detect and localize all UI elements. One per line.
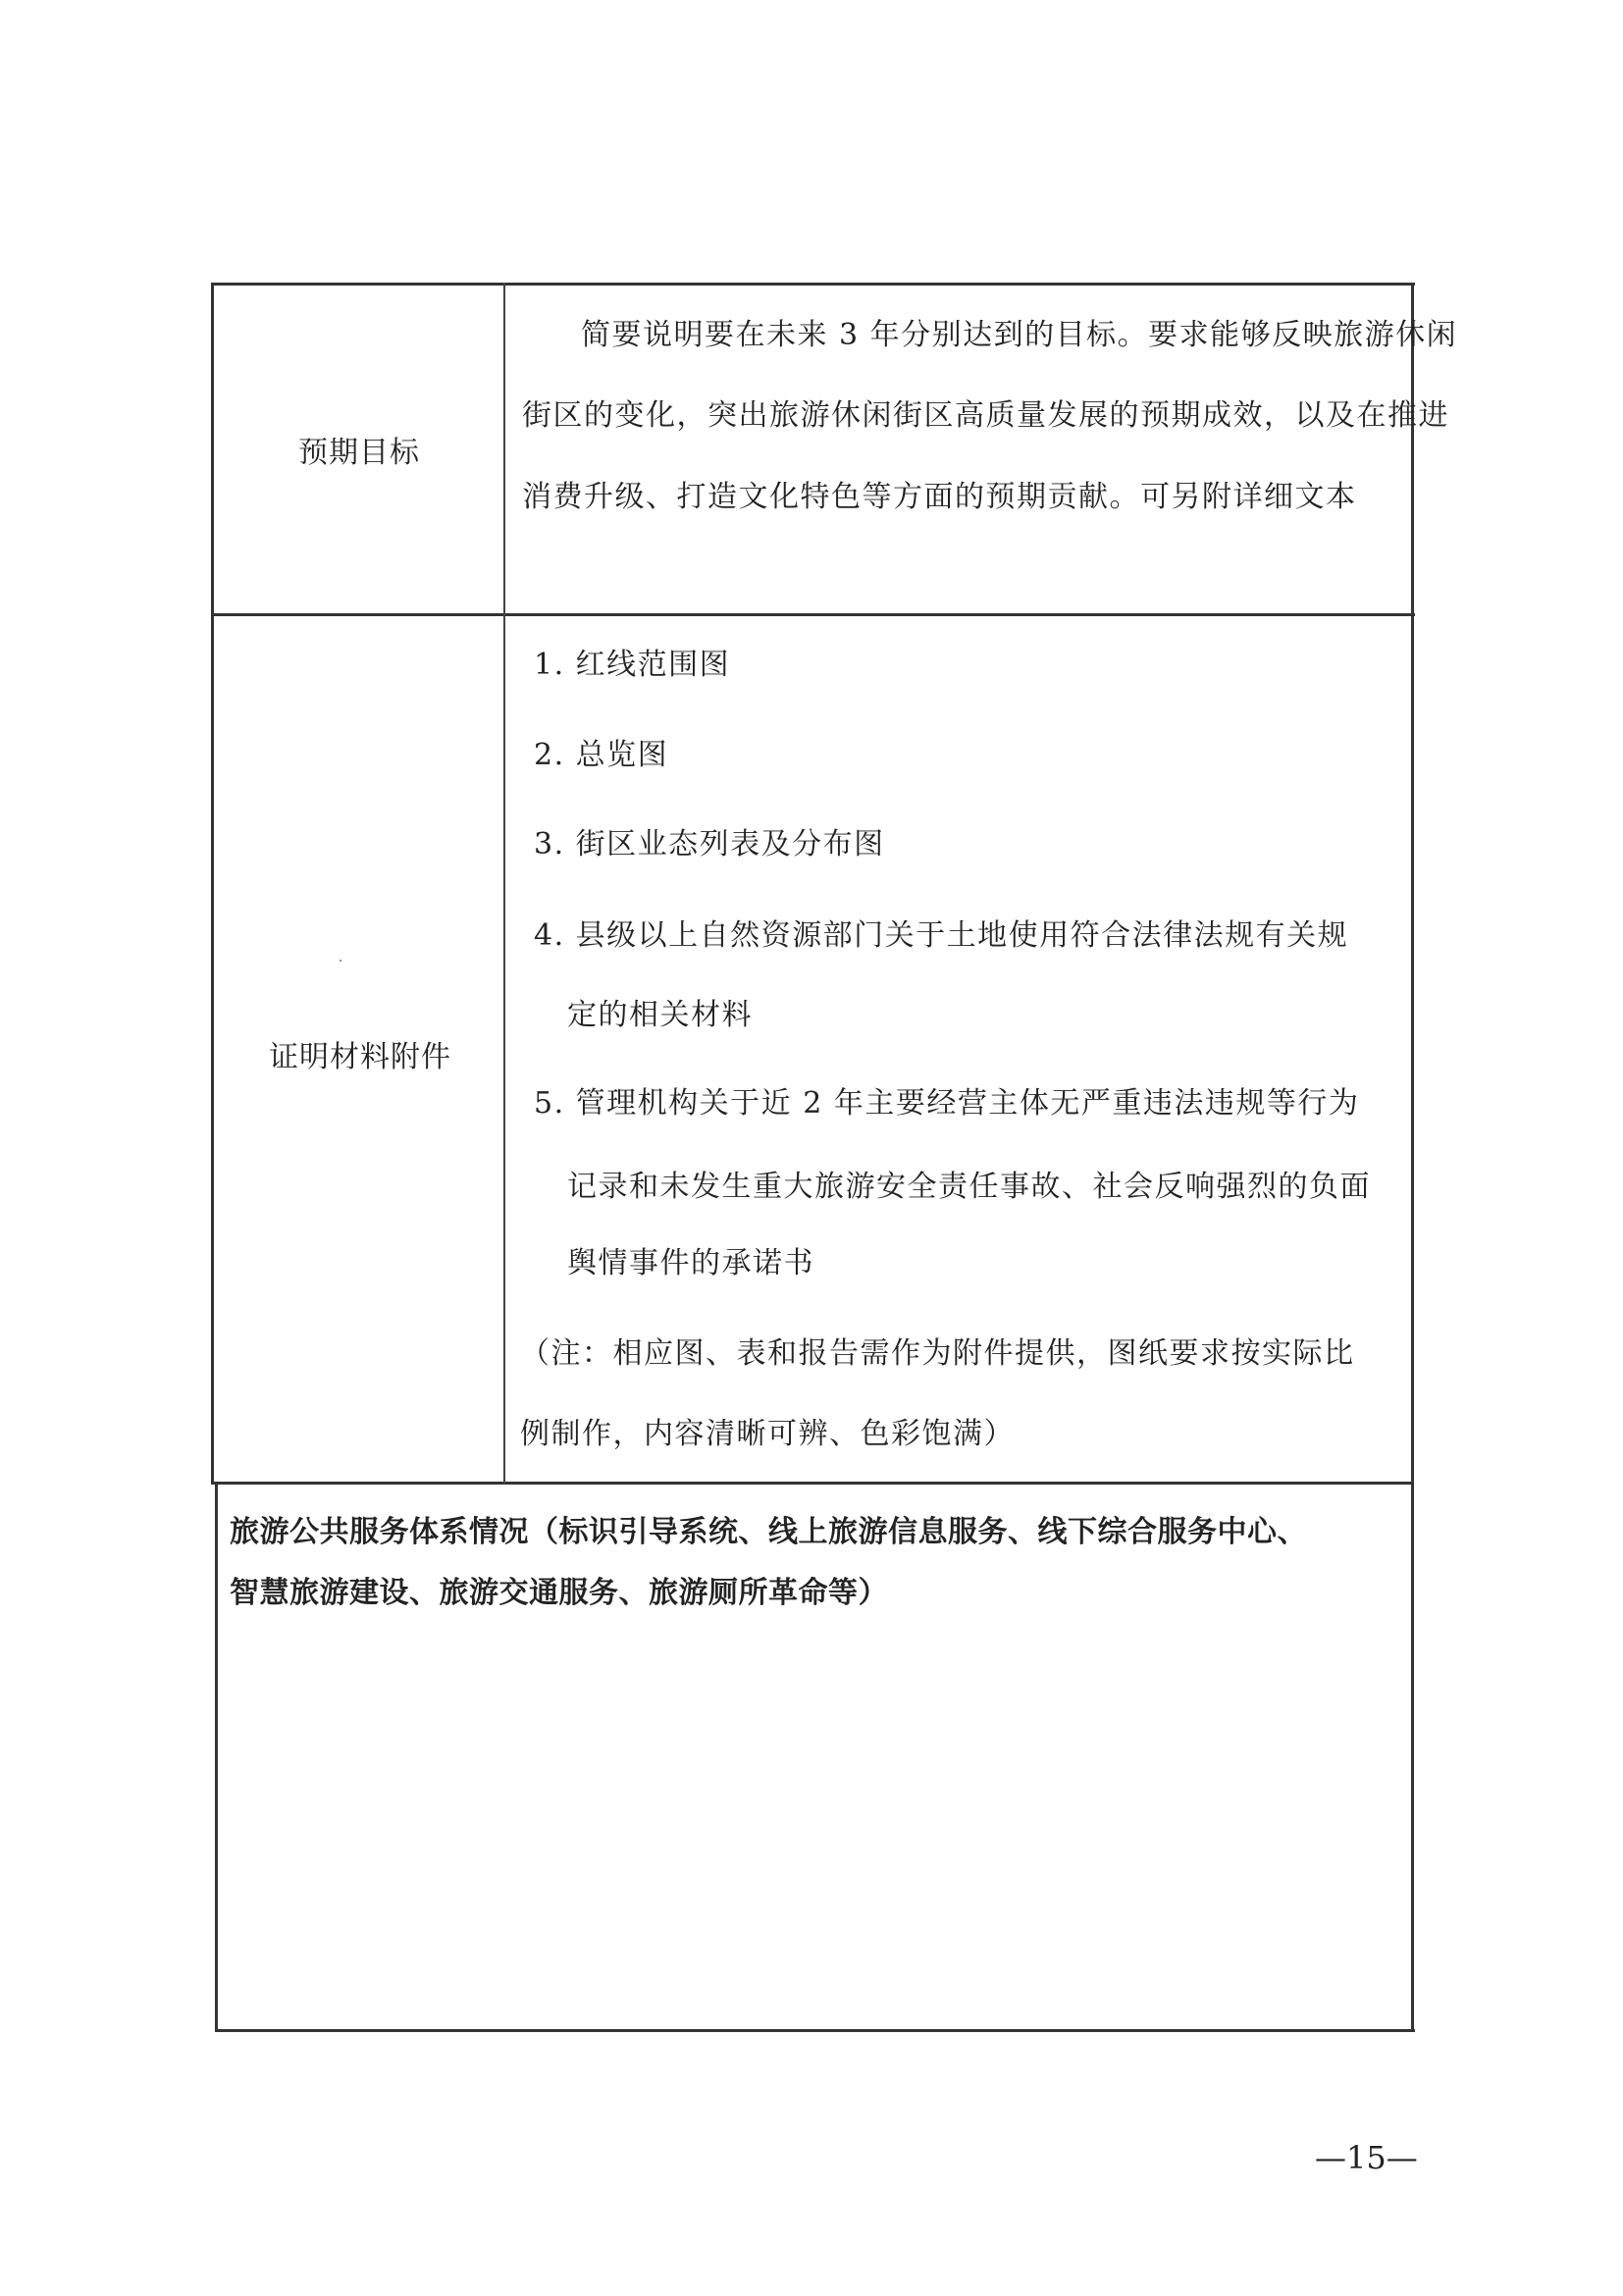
section-content-area[interactable] [230, 1629, 1397, 2011]
material-item-1: 1. 红线范围图 [534, 651, 730, 680]
section-heading-line-1: 旅游公共服务体系情况（标识引导系统、线上旅游信息服务、线下综合服务中心、 [230, 1518, 1307, 1547]
goals-text-line-1: 简要说明要在未来 3 年分别达到的目标。要求能够反映旅游休闲 [581, 321, 1457, 350]
material-item-5-cont-2: 舆情事件的承诺书 [567, 1249, 814, 1278]
goals-text-line-3: 消费升级、打造文化特色等方面的预期贡献。可另附详细文本 [522, 483, 1357, 512]
material-item-5: 5. 管理机构关于近 2 年主要经营主体无严重违法违规等行为 [534, 1089, 1359, 1119]
column-divider [503, 283, 505, 1484]
material-item-4-cont: 定的相关材料 [567, 1001, 753, 1030]
page-number: —15— [1315, 2139, 1418, 2176]
row-label-supporting-materials: 证明材料附件 [269, 1032, 451, 1075]
material-item-3: 3. 街区业态列表及分布图 [534, 830, 885, 860]
row1-bottom-border [213, 613, 1415, 616]
scan-speck [340, 960, 341, 962]
material-item-4: 4. 县级以上自然资源部门关于土地使用符合法律法规有关规 [534, 921, 1348, 951]
material-item-2: 2. 总览图 [534, 741, 668, 770]
goals-text-line-2: 街区的变化，突出旅游休闲街区高质量发展的预期成效，以及在推进 [522, 401, 1449, 431]
table-top-border [213, 283, 1415, 286]
materials-note-cont: 例制作，内容清晰可辨、色彩饱满） [520, 1420, 1015, 1449]
row2-bottom-border [214, 1482, 1413, 1485]
section-heading-line-2: 智慧旅游建设、旅游交通服务、旅游厕所革命等） [230, 1579, 888, 1608]
table-bottom-border [216, 2029, 1415, 2032]
materials-note: （注：相应图、表和报告需作为附件提供，图纸要求按实际比 [520, 1339, 1355, 1369]
material-item-5-cont-1: 记录和未发生重大旅游安全责任事故、社会反响强烈的负面 [567, 1173, 1371, 1202]
table-right-border [1411, 283, 1414, 2032]
section-left-border [215, 1482, 218, 2032]
table-left-border [211, 283, 214, 1485]
row-label-expected-goals: 预期目标 [298, 428, 420, 471]
